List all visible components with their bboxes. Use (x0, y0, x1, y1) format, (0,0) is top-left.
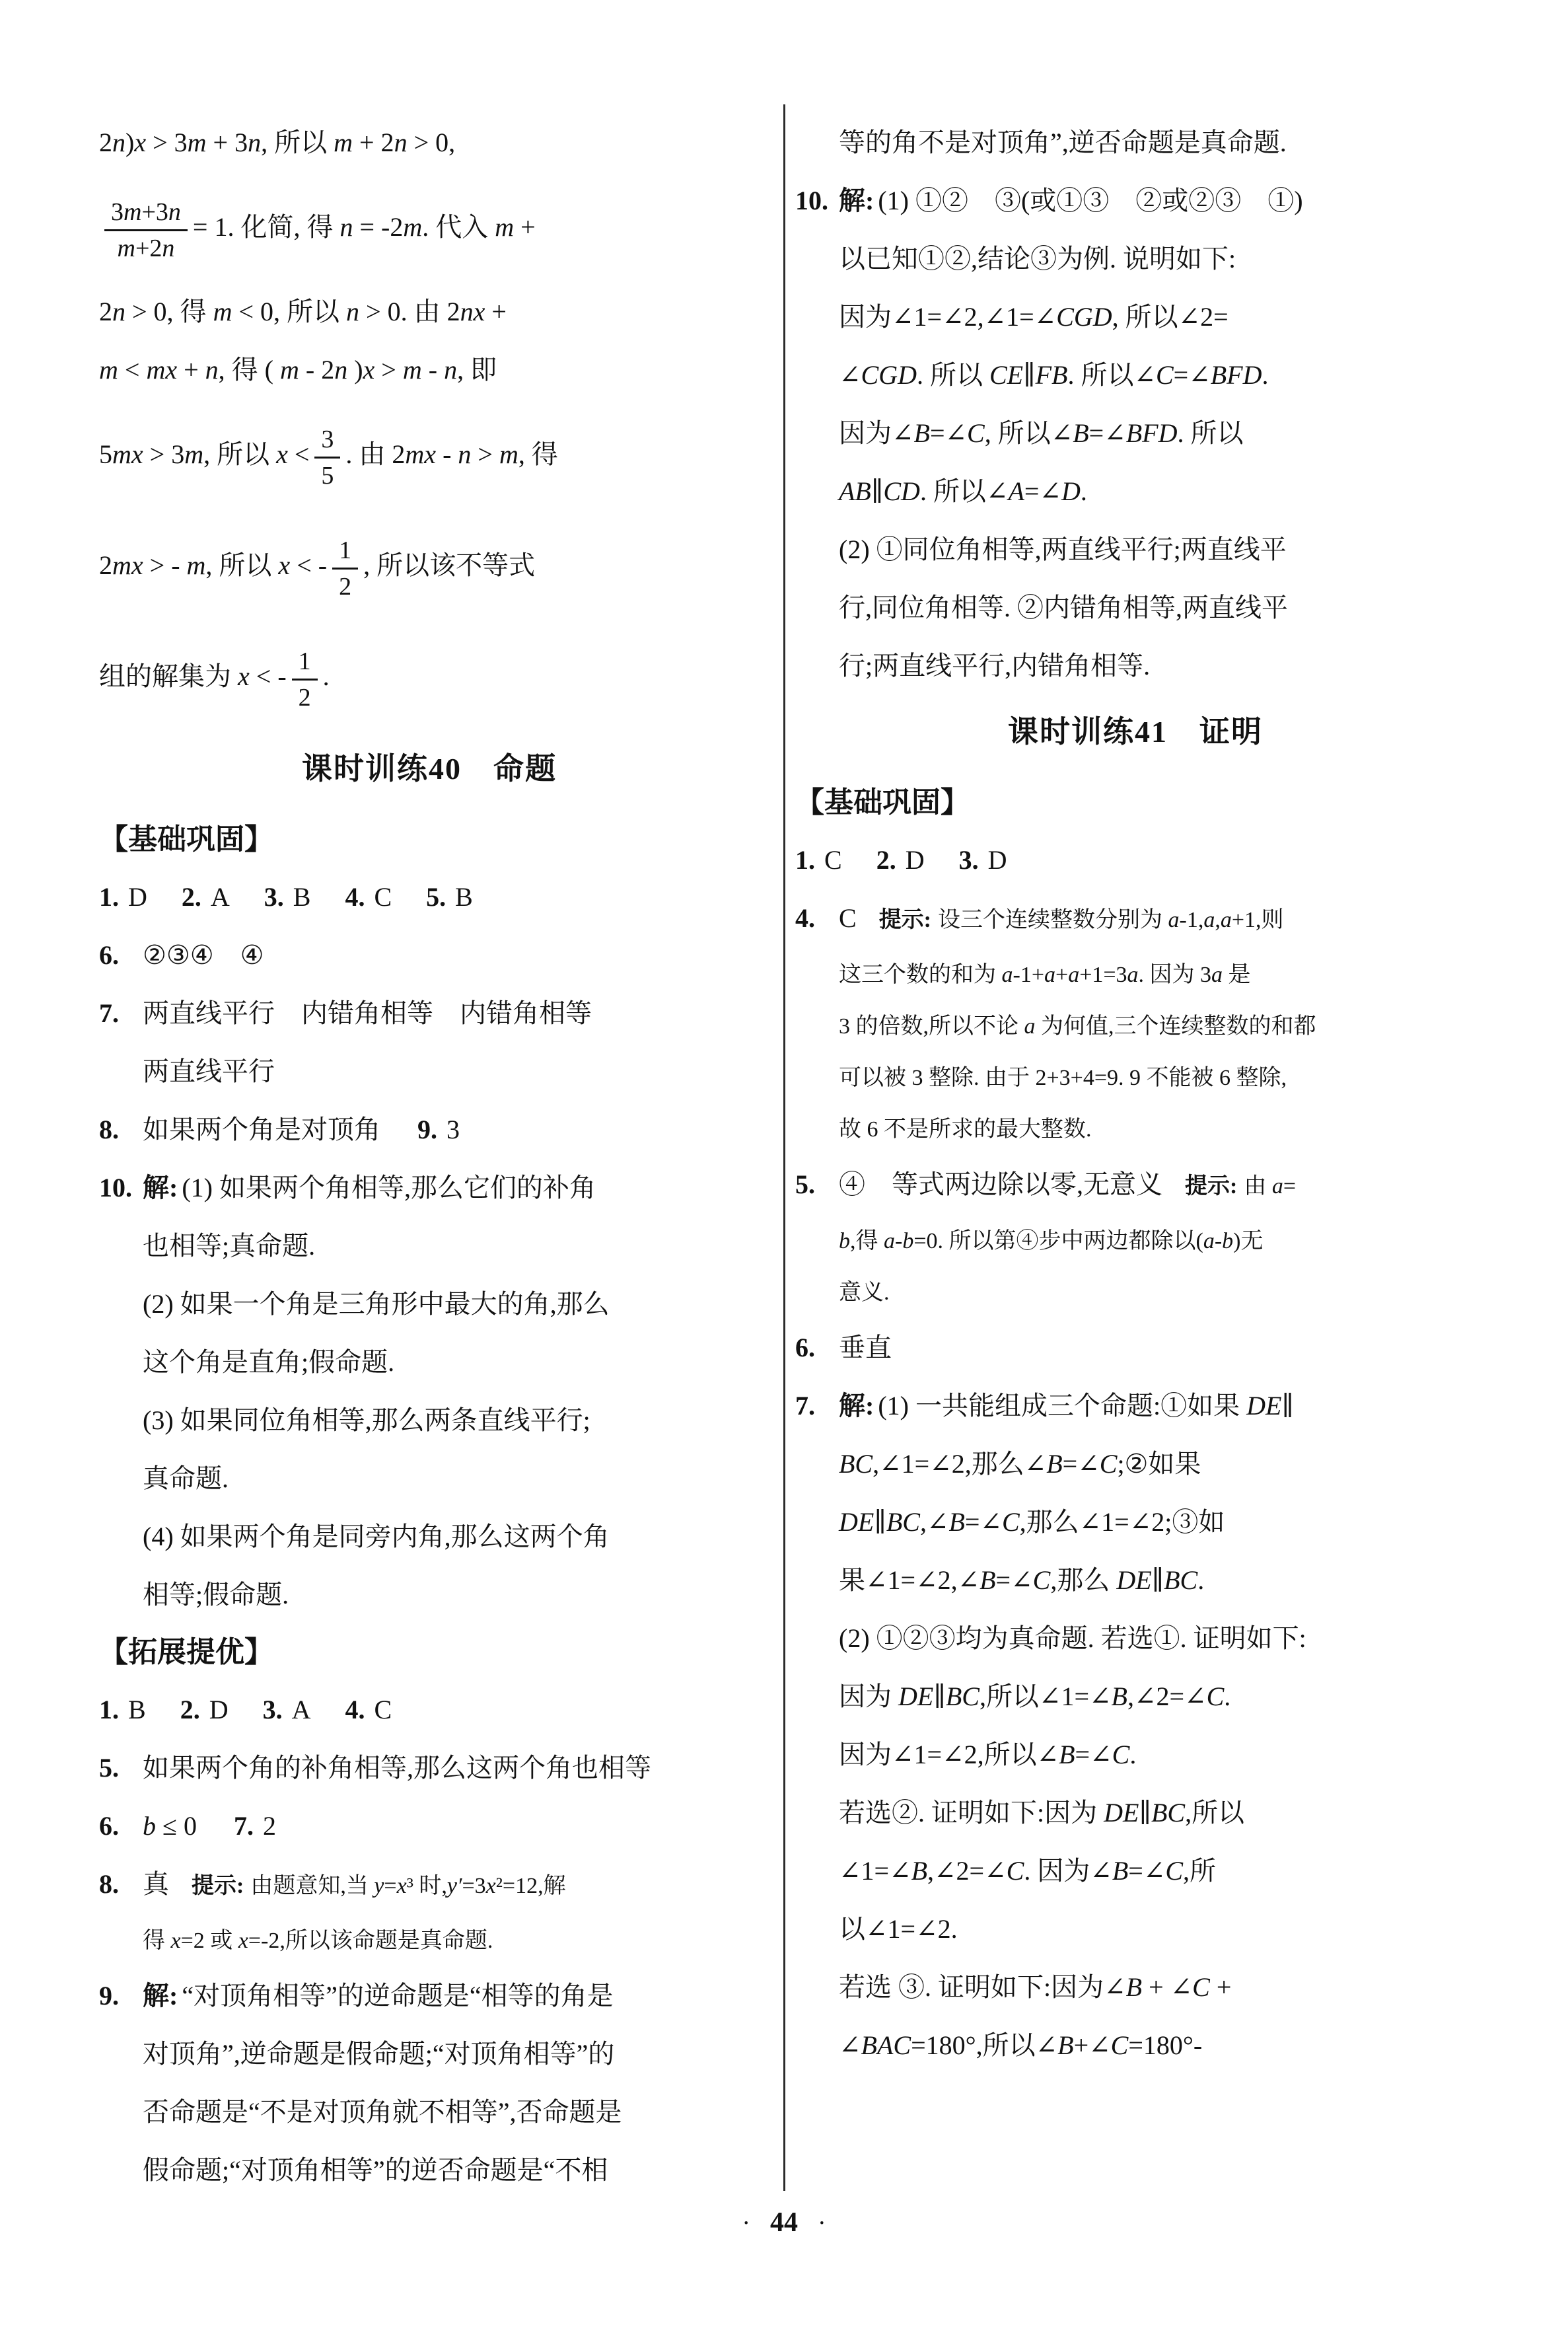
solution-line: m < mx + n, 得 ( m - 2n )x > m - n, 即 (99, 341, 760, 399)
mc-pair: 2.A (182, 868, 230, 926)
item-number: 3. (264, 882, 284, 912)
mc-answer: D (906, 845, 925, 875)
section-label-basic: 【基础巩固】 (99, 811, 760, 868)
item-number: 1. (99, 1695, 119, 1724)
mc-answer: C (824, 845, 842, 875)
text-line: 若选②. 证明如下:因为 DE∥BC,所以 (839, 1784, 1476, 1842)
answer-item-5: 5. 如果两个角的补角相等,那么这两个角也相等 (99, 1739, 760, 1797)
item-number: 6. (99, 1797, 143, 1855)
fraction-denominator: 5 (314, 459, 340, 490)
text-line: DE∥BC,∠B=∠C,那么∠1=∠2;③如 (839, 1493, 1476, 1551)
mc-answer: A (211, 882, 230, 912)
item-number: 2. (180, 1695, 200, 1724)
answer-item-8-9: 8. 如果两个角是对顶角9.3 (99, 1101, 760, 1159)
solution-label: 解: (839, 1391, 874, 1421)
text-line: 因为∠1=∠2,∠1=∠CGD, 所以∠2= (839, 288, 1476, 346)
mc-pair: 3.B (264, 868, 311, 926)
text-line: ④ 等式两边除以零,无意义提示:由 a= (839, 1156, 1476, 1216)
right-column: 等的角不是对顶角”,逆否命题是真命题. 10. 解:(1) ①② ③(或①③ ②… (795, 114, 1476, 2075)
item-number: 2. (876, 845, 896, 875)
fraction-numerator: 1 (292, 646, 318, 681)
footer-dot: · (742, 2209, 750, 2237)
hint-line: 得 x=2 或 x=-2,所以该命题是真命题. (143, 1915, 760, 1967)
mc-answer: C (374, 882, 392, 912)
answer-item-10: 10. 解:(1) 如果两个角相等,那么它们的补角 也相等;真命题. (2) 如… (99, 1159, 760, 1624)
text-line: 两直线平行 内错角相等 内错角相等 (143, 984, 760, 1043)
section-label-extension: 【拓展提优】 (99, 1624, 760, 1681)
hint-line: 3 的倍数,所以不论 a 为何值,三个连续整数的和都 (839, 1001, 1476, 1052)
text-line: (3) 如果同位角相等,那么两条直线平行; (143, 1391, 760, 1450)
item-body: b ≤ 07.2 (143, 1797, 760, 1855)
item-number: 6. (99, 926, 143, 984)
solution-label: 解: (143, 1981, 178, 2011)
mc-answer: B (293, 882, 311, 912)
text-line: 解:(1) ①② ③(或①③ ②或②③ ①) (839, 172, 1476, 230)
text-line: ∠CGD. 所以 CE∥FB. 所以∠C=∠BFD. (839, 346, 1476, 404)
text-line: 对顶角”,逆命题是假命题;“对顶角相等”的 (143, 2025, 760, 2083)
text-line: 因为∠B=∠C, 所以∠B=∠BFD. 所以 (839, 404, 1476, 462)
answer-item-4: 4. C提示:设三个连续整数分别为 a-1,a,a+1,则 这三个数的和为 a-… (795, 889, 1476, 1156)
text-line: 真提示:由题意知,当 y=x³ 时,y′=3x²=12,解 (143, 1855, 760, 1915)
item-number: 7. (99, 984, 143, 1043)
fraction: 3m+3nm+2n (104, 197, 188, 263)
fraction-numerator: 3 (314, 424, 340, 459)
item-body: 解:(1) 如果两个角相等,那么它们的补角 也相等;真命题. (2) 如果一个角… (143, 1159, 760, 1624)
text-line: 解:(1) 一共能组成三个命题:①如果 DE∥ (839, 1377, 1476, 1435)
fraction-denominator: m+2n (104, 231, 188, 263)
mc-pair: 1.B (99, 1681, 146, 1739)
text-line: (2) ①同位角相等,两直线平行;两直线平 (839, 521, 1476, 579)
text-line: (2) ①②③均为真命题. 若选①. 证明如下: (839, 1609, 1476, 1668)
solution-line: 2n > 0, 得 m < 0, 所以 n > 0. 由 2nx + (99, 283, 760, 341)
solution-line: 3m+3nm+2n= 1. 化简, 得 n = -2m. 代入 m + (99, 172, 760, 283)
text-line: 因为 DE∥BC,所以∠1=∠B,∠2=∠C. (839, 1668, 1476, 1726)
item-number: 3. (263, 1695, 283, 1724)
mc-pair: 4.C (345, 1681, 392, 1739)
text-line: 行;两直线平行,内错角相等. (839, 637, 1476, 695)
mc-pair: 1.C (795, 831, 842, 889)
text-line: BC,∠1=∠2,那么∠B=∠C;②如果 (839, 1435, 1476, 1493)
page-number: 44 (770, 2207, 798, 2238)
mc-answer: D (988, 845, 1007, 875)
solution-label: 解: (143, 1173, 178, 1202)
fraction: 12 (292, 646, 318, 712)
item-body: 解:(1) ①② ③(或①③ ②或②③ ①) 以已知①②,结论③为例. 说明如下… (839, 172, 1476, 695)
fraction: 12 (332, 535, 358, 601)
continuation-line: 等的角不是对顶角”,逆否命题是真命题. (839, 114, 1476, 172)
answer-item-5: 5. ④ 等式两边除以零,无意义提示:由 a= b,得 a-b=0. 所以第④步… (795, 1156, 1476, 1319)
hint-line: b,得 a-b=0. 所以第④步中两边都除以(a-b)无 (839, 1216, 1476, 1267)
fraction-denominator: 2 (292, 681, 318, 712)
item-number: 7. (795, 1377, 839, 1435)
fraction-numerator: 1 (332, 535, 358, 570)
text-line: 行,同位角相等. ②内错角相等,两直线平 (839, 579, 1476, 637)
answer-item-6: 6. 垂直 (795, 1319, 1476, 1377)
item-number: 9. (417, 1115, 437, 1144)
lesson-41-heading: 课时训练41 证明 (795, 711, 1476, 753)
answer-row-multiple-choice: 1.C 2.D 3.D (795, 831, 1476, 889)
answer-row-multiple-choice: 1.B 2.D 3.A 4.C (99, 1681, 760, 1739)
item-number: 5. (426, 882, 446, 912)
answer-item-7: 7. 解:(1) 一共能组成三个命题:①如果 DE∥ BC,∠1=∠2,那么∠B… (795, 1377, 1476, 2075)
item-number: 7. (234, 1811, 254, 1841)
item-body: 如果两个角是对顶角9.3 (143, 1101, 760, 1159)
text-line: 果∠1=∠2,∠B=∠C,那么 DE∥BC. (839, 1551, 1476, 1609)
text-line: 也相等;真命题. (143, 1217, 760, 1275)
item-number: 9. (99, 1967, 143, 2025)
text-line: C提示:设三个连续整数分别为 a-1,a,a+1,则 (839, 889, 1476, 949)
mc-answer: A (292, 1695, 311, 1724)
text-line: ∠1=∠B,∠2=∠C. 因为∠B=∠C,所 (839, 1842, 1476, 1900)
item-number: 2. (182, 882, 201, 912)
item-number: 1. (795, 845, 815, 875)
item-number: 4. (795, 889, 839, 947)
item-number: 4. (345, 882, 365, 912)
text-line: 若选 ③. 证明如下:因为∠B + ∠C + (839, 1958, 1476, 2016)
text-line: 真命题. (143, 1450, 760, 1508)
item-body: 如果两个角的补角相等,那么这两个角也相等 (143, 1739, 760, 1797)
mc-answer: D (209, 1695, 229, 1724)
mc-answer: C (374, 1695, 392, 1724)
item-body: 解:(1) 一共能组成三个命题:①如果 DE∥ BC,∠1=∠2,那么∠B=∠C… (839, 1377, 1476, 2075)
item-number: 6. (795, 1319, 839, 1377)
item-number: 8. (99, 1855, 143, 1913)
text-line: 以已知①②,结论③为例. 说明如下: (839, 230, 1476, 288)
solution-label: 解: (839, 186, 874, 215)
answer-row-multiple-choice: 1.D 2.A 3.B 4.C 5.B (99, 868, 760, 926)
mc-answer: D (128, 882, 147, 912)
mc-pair: 1.D (99, 868, 147, 926)
hint-line: 可以被 3 整除. 由于 2+3+4=9. 9 不能被 6 整除, (839, 1052, 1476, 1104)
solution-line: 2mx > - m, 所以 x < -12, 所以该不等式 (99, 510, 760, 621)
column-divider (783, 104, 785, 2191)
item-body: ④ 等式两边除以零,无意义提示:由 a= b,得 a-b=0. 所以第④步中两边… (839, 1156, 1476, 1319)
hint-line: 故 6 不是所求的最大整数. (839, 1104, 1476, 1156)
item-body: 两直线平行 内错角相等 内错角相等 两直线平行 (143, 984, 760, 1101)
text-line: 假命题;“对顶角相等”的逆否命题是“不相 (143, 2141, 760, 2199)
mc-pair: 5.B (426, 868, 473, 926)
mc-pair: 3.D (959, 831, 1007, 889)
text-line: 以∠1=∠2. (839, 1900, 1476, 1958)
answer-item-9: 9. 解:“对顶角相等”的逆命题是“相等的角是 对顶角”,逆命题是假命题;“对顶… (99, 1967, 760, 2199)
hint-line: 意义. (839, 1267, 1476, 1319)
text-line: AB∥CD. 所以∠A=∠D. (839, 462, 1476, 521)
item-number: 4. (345, 1695, 365, 1724)
text-line: (2) 如果一个角是三角形中最大的角,那么 (143, 1275, 760, 1333)
page-number-footer: ·44· (0, 2208, 1568, 2238)
item-body: 垂直 (839, 1319, 1476, 1377)
item-body: C提示:设三个连续整数分别为 a-1,a,a+1,则 这三个数的和为 a-1+a… (839, 889, 1476, 1156)
item-number: 3. (959, 845, 979, 875)
text-line: 两直线平行 (143, 1043, 760, 1101)
item-body: 真提示:由题意知,当 y=x³ 时,y′=3x²=12,解 得 x=2 或 x=… (143, 1855, 760, 1967)
solution-line: 组的解集为 x < -12. (99, 621, 760, 732)
solution-line: 2n)x > 3m + 3n, 所以 m + 2n > 0, (99, 114, 760, 172)
answer-item-6-7: 6. b ≤ 07.2 (99, 1797, 760, 1855)
mc-answer: B (455, 882, 473, 912)
text-line: 解:“对顶角相等”的逆命题是“相等的角是 (143, 1967, 760, 2025)
item-number: 5. (795, 1156, 839, 1214)
text-line: 相等;假命题. (143, 1566, 760, 1624)
text-line: ∠BAC=180°,所以∠B+∠C=180°- (839, 2016, 1476, 2075)
hint-label: 提示: (879, 908, 931, 932)
item-number: 1. (99, 882, 119, 912)
workbook-answer-page: 2n)x > 3m + 3n, 所以 m + 2n > 0, 3m+3nm+2n… (0, 0, 1568, 2325)
answer-item-10: 10. 解:(1) ①② ③(或①③ ②或②③ ①) 以已知①②,结论③为例. … (795, 172, 1476, 695)
mc-pair: 3.A (263, 1681, 311, 1739)
item-number: 10. (795, 172, 839, 230)
mc-pair: 2.D (876, 831, 925, 889)
lesson-40-heading: 课时训练40 命题 (99, 748, 760, 790)
item-number: 10. (99, 1159, 143, 1217)
footer-dot: · (818, 2209, 826, 2237)
section-label-basic: 【基础巩固】 (795, 774, 1476, 831)
text-line: 这个角是直角;假命题. (143, 1333, 760, 1391)
text-line: 因为∠1=∠2,所以∠B=∠C. (839, 1726, 1476, 1784)
answer-item-8: 8. 真提示:由题意知,当 y=x³ 时,y′=3x²=12,解 得 x=2 或… (99, 1855, 760, 1967)
hint-label: 提示: (1185, 1174, 1237, 1199)
text-line: (4) 如果两个角是同旁内角,那么这两个角 (143, 1508, 760, 1566)
item-body: ②③④ ④ (143, 926, 760, 984)
left-column: 2n)x > 3m + 3n, 所以 m + 2n > 0, 3m+3nm+2n… (99, 114, 760, 2199)
item-number: 5. (99, 1739, 143, 1797)
solution-line: 5mx > 3m, 所以 x <35. 由 2mx - n > m, 得 (99, 399, 760, 510)
text-line: 解:(1) 如果两个角相等,那么它们的补角 (143, 1159, 760, 1217)
text-line: 否命题是“不是对顶角就不相等”,否命题是 (143, 2083, 760, 2141)
answer-item-6: 6. ②③④ ④ (99, 926, 760, 984)
item-body: 解:“对顶角相等”的逆命题是“相等的角是 对顶角”,逆命题是假命题;“对顶角相等… (143, 1967, 760, 2199)
hint-line: 这三个数的和为 a-1+a+a+1=3a. 因为 3a 是 (839, 949, 1476, 1001)
answer-item-7: 7. 两直线平行 内错角相等 内错角相等 两直线平行 (99, 984, 760, 1101)
mc-answer: B (128, 1695, 146, 1724)
hint-label: 提示: (192, 1874, 244, 1898)
mc-pair: 4.C (345, 868, 392, 926)
fraction: 35 (314, 424, 340, 490)
fraction-denominator: 2 (332, 570, 358, 601)
fraction-numerator: 3m+3n (104, 197, 188, 232)
mc-pair: 2.D (180, 1681, 229, 1739)
item-number: 8. (99, 1101, 143, 1159)
